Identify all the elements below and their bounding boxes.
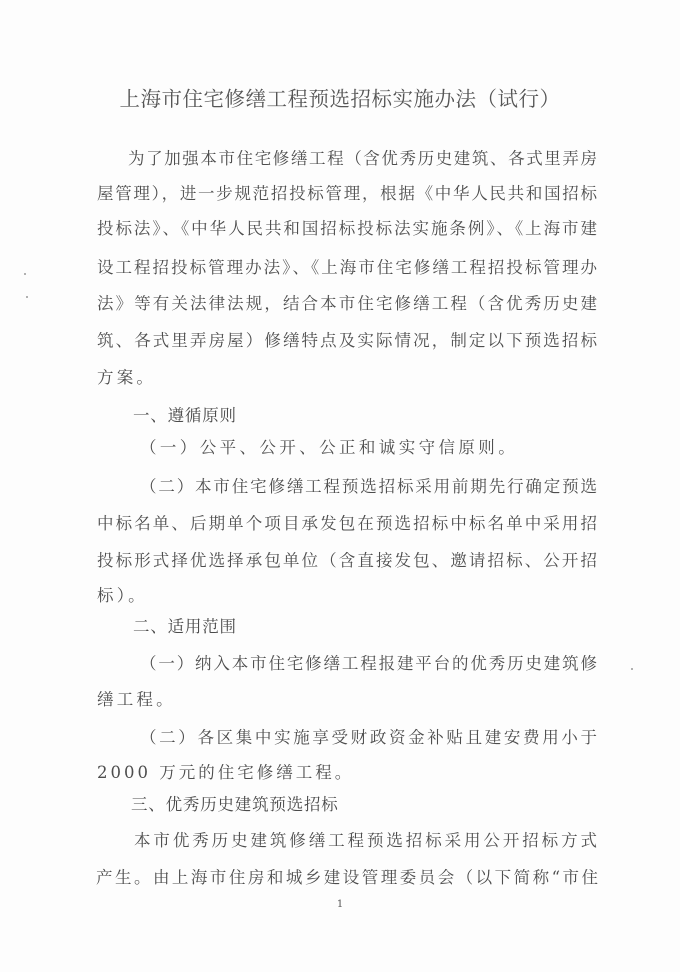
- section-heading: 二、适用范围: [133, 613, 237, 637]
- preamble-line: 法》等有关法律法规，结合本市住宅修缮工程（含优秀历史建: [97, 290, 597, 314]
- page-number: 1: [0, 899, 680, 910]
- preamble-line: 筑、各式里弄房屋）修缮特点及实际情况，制定以下预选招标: [97, 327, 597, 351]
- preamble-line: 为了加强本市住宅修缮工程（含优秀历史建筑、各式里弄房: [128, 145, 597, 169]
- document-page: 上海市住宅修缮工程预选招标实施办法（试行） 为了加强本市住宅修缮工程（含优秀历史…: [0, 0, 680, 972]
- scan-speck: [631, 668, 633, 670]
- section-item-line: 中标名单、后期单个项目承发包在预选招标中标名单中采用招: [97, 510, 597, 534]
- section-item-line: （二）本市住宅修缮工程预选招标采用前期先行确定预选: [140, 473, 597, 497]
- section-item-line: 产生。由上海市住房和城乡建设管理委员会（以下简称“市住: [96, 864, 598, 888]
- section-item-line: 投标形式择优选择承包单位（含直接发包、邀请招标、公开招: [97, 547, 597, 571]
- preamble-line: 方案。: [97, 364, 597, 388]
- section-heading: 三、优秀历史建筑预选招标: [131, 791, 339, 815]
- scan-speck: [24, 273, 26, 275]
- section-item-line: 本市优秀历史建筑修缮工程预选招标采用公开招标方式: [134, 827, 597, 851]
- section-item-line: 缮工程。: [97, 686, 597, 710]
- section-item-line: （二）各区集中实施享受财政资金补贴且建安费用小于: [140, 724, 597, 748]
- preamble-line: 屋管理），进一步规范招投标管理，根据《中华人民共和国招标: [97, 180, 597, 204]
- preamble-line: 投标法》、《中华人民共和国招标投标法实施条例》、《上海市建: [97, 215, 597, 239]
- section-item-line: 2000 万元的住宅修缮工程。: [97, 759, 597, 783]
- preamble-line: 设工程招投标管理办法》、《上海市住宅修缮工程招投标管理办: [97, 254, 597, 278]
- document-title: 上海市住宅修缮工程预选招标实施办法（试行）: [0, 82, 680, 112]
- section-heading: 一、遵循原则: [133, 402, 237, 426]
- scan-speck: [26, 296, 28, 298]
- section-item-line: （一）公平、公开、公正和诚实守信原则。: [140, 434, 640, 458]
- section-item-line: 标）。: [97, 582, 597, 606]
- section-item-line: （一）纳入本市住宅修缮工程报建平台的优秀历史建筑修: [140, 650, 597, 674]
